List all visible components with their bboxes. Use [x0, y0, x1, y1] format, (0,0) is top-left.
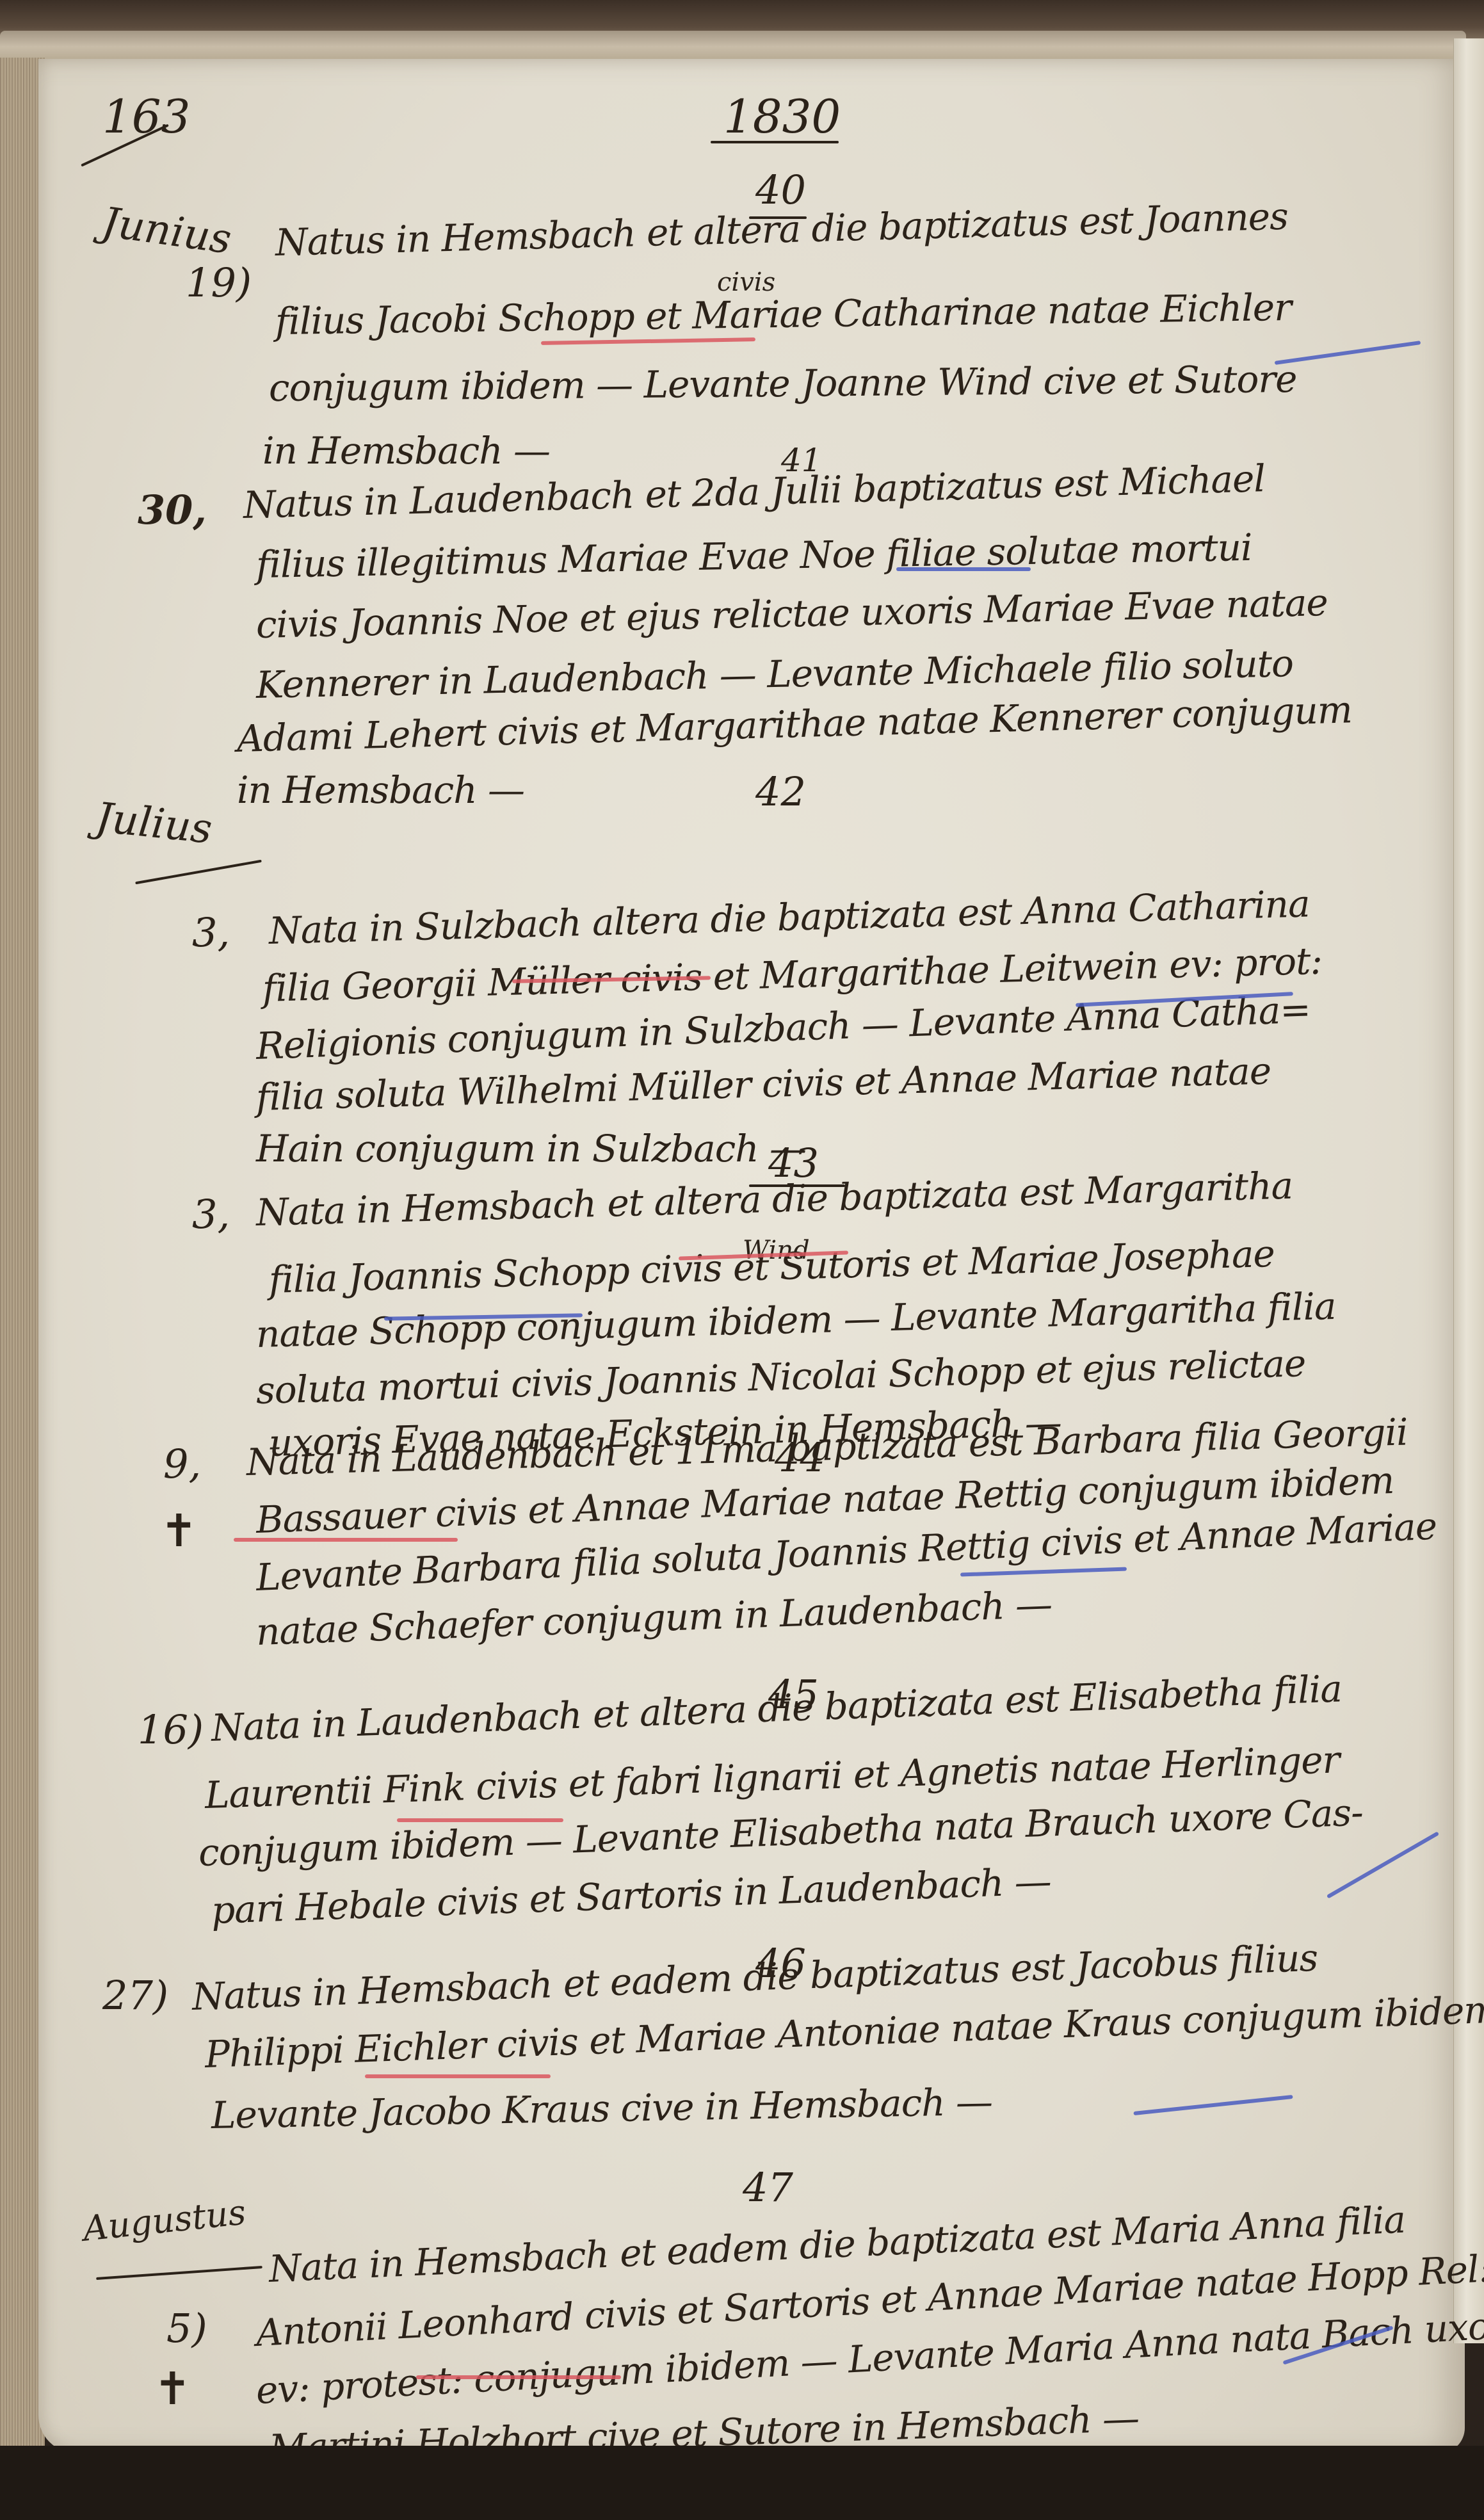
- red-underline-mark: [397, 1818, 563, 1822]
- entry-number: 47: [743, 2164, 793, 2211]
- entry-day: 9,: [163, 1441, 201, 1487]
- year-heading: 1830: [723, 90, 841, 143]
- background-below-page: [0, 2446, 1484, 2520]
- entry-day: 30,: [138, 487, 207, 533]
- entry-day: 16): [138, 1706, 204, 1753]
- red-underline-mark: [365, 2074, 551, 2078]
- entry-number: 40: [755, 166, 806, 213]
- entry-number: 42: [755, 768, 806, 815]
- year-underline: [711, 141, 839, 143]
- entry-day: 19): [186, 259, 252, 306]
- entry-line: Hain conjugum in Sulzbach —: [256, 1127, 806, 1170]
- entry-line: in Hemsbach —: [262, 429, 550, 472]
- entry-day: 3,: [192, 1191, 230, 1238]
- entry-line: in Hemsbach —: [237, 768, 524, 812]
- red-underline-mark: [416, 2375, 621, 2379]
- cross-icon: ✝: [160, 1505, 198, 1557]
- blue-underline-mark: [896, 567, 1031, 571]
- cross-icon: ✝: [154, 2362, 191, 2415]
- red-underline-mark: [234, 1538, 458, 1542]
- entry-day: 5): [166, 2305, 207, 2352]
- entry-day: 27): [102, 1972, 168, 2019]
- entry-day: 3,: [192, 909, 230, 956]
- entry-line: conjugum ibidem — Levante Joanne Wind ci…: [269, 357, 1297, 410]
- page-top-edge: [0, 31, 1466, 63]
